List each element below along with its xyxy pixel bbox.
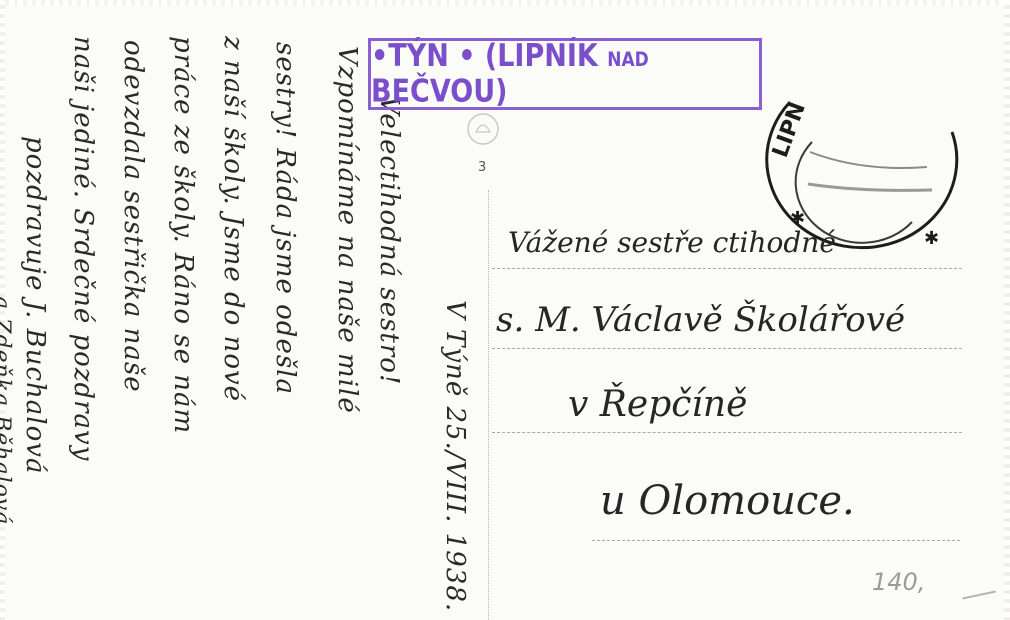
pencil-note: 140, [872, 568, 925, 596]
center-divider [488, 190, 490, 620]
address-line-3: v Řepčíně [568, 384, 747, 425]
postmark-box: •TÝN • (LIPNÍK NAD BEČVOU) [368, 38, 762, 110]
pencil-mark [962, 590, 996, 599]
svg-text:✱: ✱ [924, 228, 939, 249]
message-line: sestry! Ráda jsme odešla [270, 42, 300, 395]
printed-number: 3 [478, 160, 486, 175]
address-line-1: Vážené sestře ctihodné [508, 226, 836, 259]
address-rule [492, 268, 962, 269]
postmark-text: •TÝN • (LIPNÍK NAD BEČVOU) [371, 38, 759, 109]
address-line-2: s. M. Václavě Školářové [496, 300, 905, 340]
perforated-edge-top [0, 0, 1010, 6]
message-line: naši jediné. Srdečné pozdravy [68, 36, 98, 461]
message-closing: pozdravuje J. Buchalová [20, 136, 50, 474]
address-rule [592, 540, 960, 541]
address-rule [492, 348, 962, 349]
perforated-edge-right [1004, 0, 1010, 620]
message-date-line: V Týně 25./VIII. 1938. [440, 300, 470, 612]
address-line-4: u Olomouce. [600, 478, 855, 524]
address-rule [492, 432, 962, 433]
message-line: Vzpomínáme na naše milé [332, 46, 362, 414]
message-line: z naší školy. Jsme do nové [218, 36, 248, 402]
message-greeting: Velectihodná sestro! [374, 96, 404, 385]
postcard-back: V Týně 25./VIII. 1938. Velectihodná sest… [0, 0, 1010, 620]
message-line: odevzdala sestřička naše [118, 40, 148, 393]
message-signature: a Zdeňka Běhalová [0, 296, 14, 525]
publisher-emblem-icon [462, 108, 504, 150]
message-line: práce ze školy. Ráno se nám [168, 36, 198, 434]
